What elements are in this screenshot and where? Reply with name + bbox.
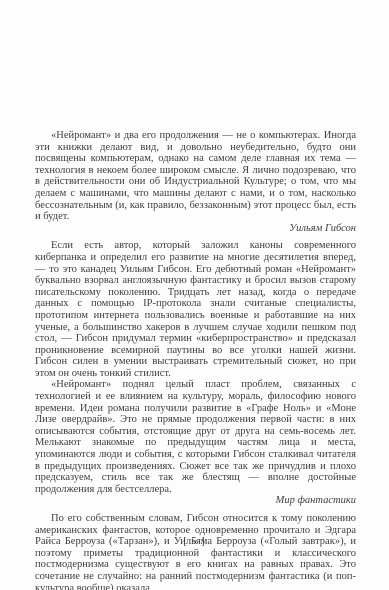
paragraph-neuromancer-themes: «Нейромант» поднял целый пласт проблем, …: [35, 379, 356, 495]
page-text: «Нейромант» и два его продолжения — не о…: [35, 130, 356, 590]
paragraph-postmodernism: По его собственным словам, Гибсон относи…: [35, 513, 356, 590]
attribution-mir-fantastiki: Мир фантастики: [35, 495, 356, 507]
paragraph-author-intro: Если есть автор, который заложил каноны …: [35, 240, 356, 379]
attribution-william-gibson: Уильям Гибсон: [35, 223, 356, 235]
paragraph-gibson-quote: «Нейромант» и два его продолжения — не о…: [35, 130, 356, 223]
page-number: [ 5 ]: [0, 536, 389, 547]
book-page: «Нейромант» и два его продолжения — не о…: [0, 0, 389, 590]
